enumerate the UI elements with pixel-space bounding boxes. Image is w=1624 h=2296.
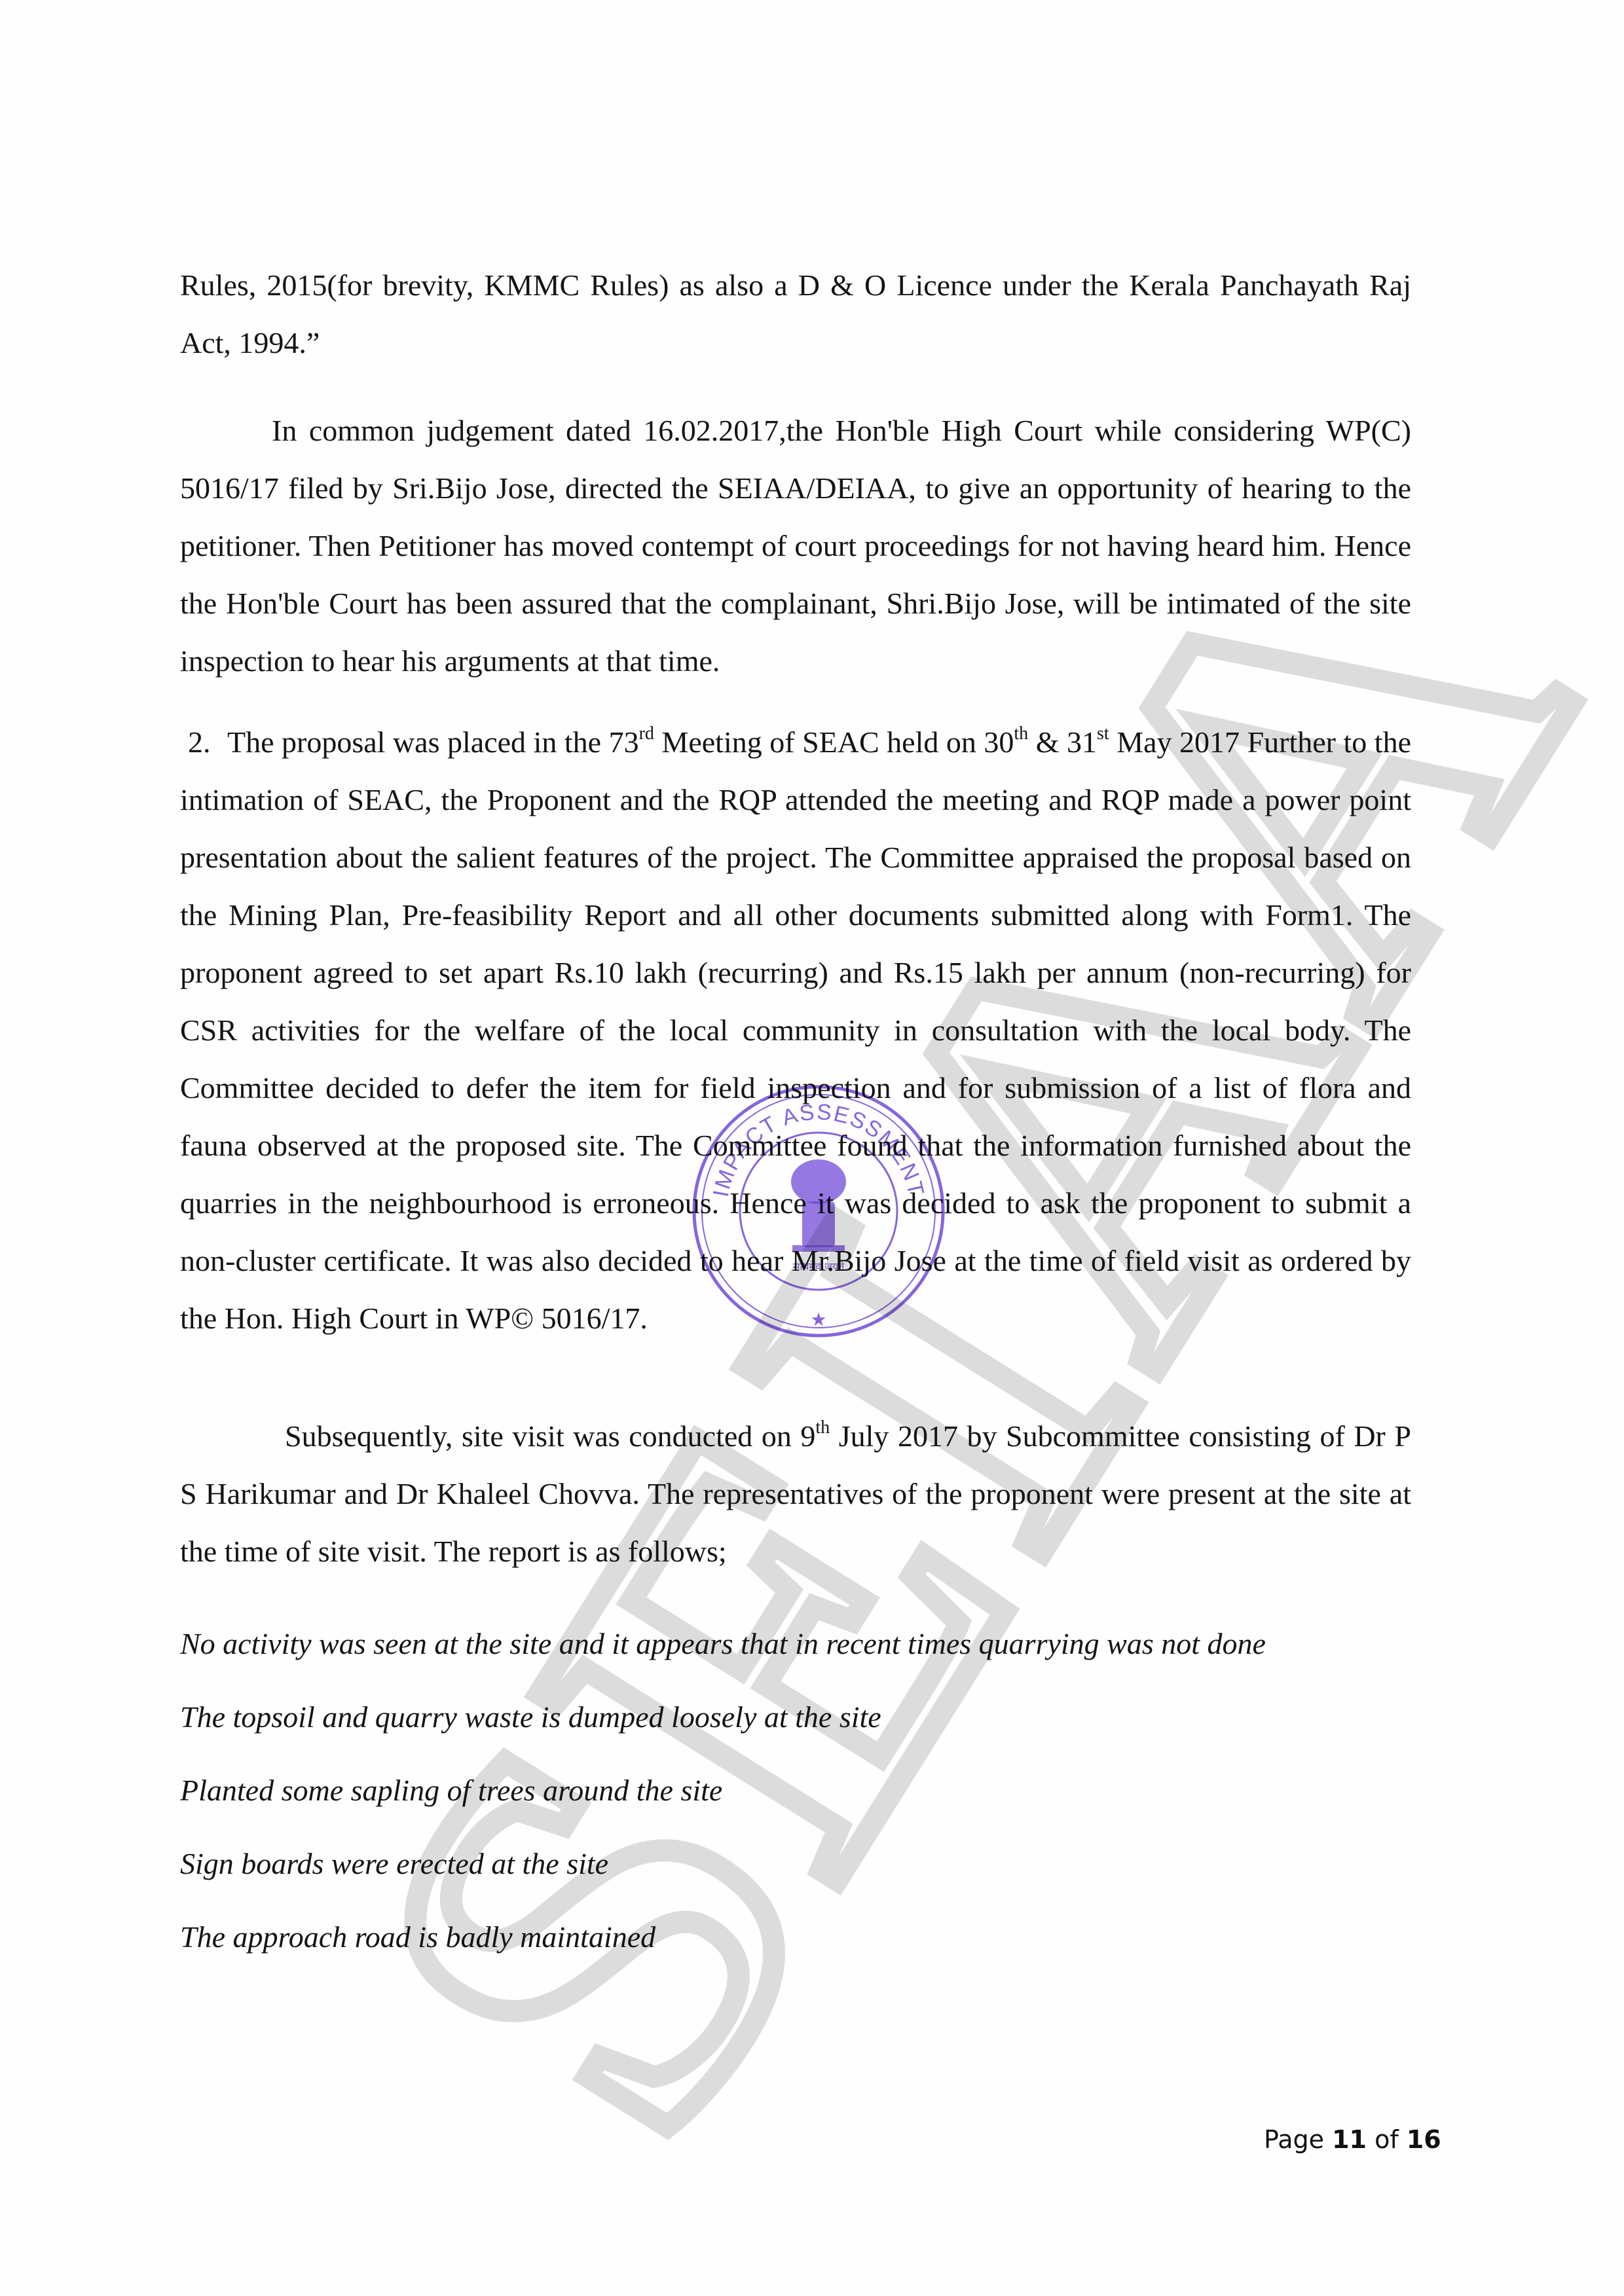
paragraph-seac-meeting: 2.The proposal was placed in the 73rd Me… — [180, 714, 1411, 1347]
finding-item: The topsoil and quarry waste is dumped l… — [180, 1681, 1411, 1754]
finding-item: The approach road is badly maintained — [180, 1901, 1411, 1974]
finding-item: Planted some sapling of trees around the… — [180, 1754, 1411, 1827]
paragraph-site-visit: Subsequently, site visit was conducted o… — [180, 1408, 1411, 1580]
finding-item: No activity was seen at the site and it … — [180, 1607, 1411, 1681]
document-page: SEIAA Rules, 2015(for brevity, KMMC Rule… — [0, 0, 1624, 2296]
paragraph-kmmc-rules: Rules, 2015(for brevity, KMMC Rules) as … — [180, 257, 1411, 372]
paragraph-number: 2. — [180, 714, 227, 771]
paragraph-high-court-judgement: In common judgement dated 16.02.2017,the… — [180, 402, 1411, 690]
finding-item: Sign boards were erected at the site — [180, 1827, 1411, 1901]
page-number: Page 11 of 16 — [1264, 2125, 1441, 2154]
site-visit-findings: No activity was seen at the site and it … — [180, 1607, 1411, 1974]
